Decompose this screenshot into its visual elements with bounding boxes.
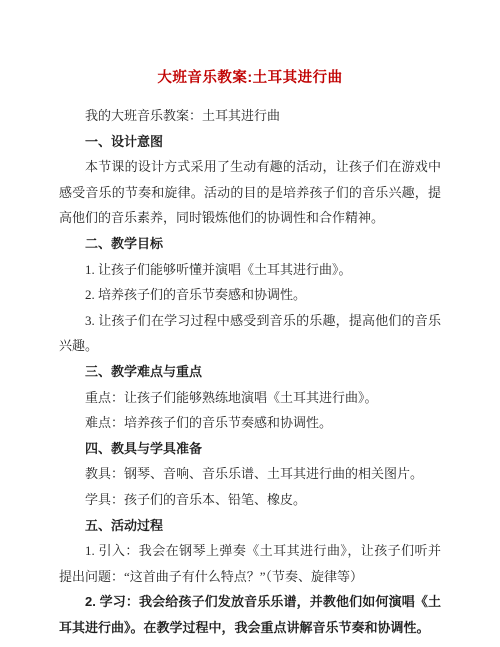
para-step-2-learning: 2. 学习：我会给孩子们发放音乐乐谱，并教他们如何演唱《土耳其进行曲》。在教学过… [59, 589, 441, 640]
para-focus-point: 重点：让孩子们能够熟练地演唱《土耳其进行曲》。 [59, 385, 441, 411]
para-teaching-aids: 教具：钢琴、音响、音乐乐谱、土耳其进行曲的相关图片。 [59, 461, 441, 487]
para-step-1-intro: 1. 引入：我会在钢琴上弹奏《土耳其进行曲》，让孩子们听并提出问题：“这首曲子有… [59, 538, 441, 589]
heading-materials: 四、教具与学具准备 [59, 436, 441, 462]
document-page: 大班音乐教案:土耳其进行曲 我的大班音乐教案：土耳其进行曲 一、设计意图 本节课… [0, 0, 500, 647]
list-item-goal-2: 2. 培养孩子们的音乐节奏感和协调性。 [59, 282, 441, 308]
para-difficulty-point: 难点：培养孩子们的音乐节奏感和协调性。 [59, 410, 441, 436]
doc-subtitle: 我的大班音乐教案：土耳其进行曲 [59, 103, 441, 129]
heading-teaching-goals: 二、教学目标 [59, 231, 441, 257]
para-learning-aids: 学具：孩子们的音乐本、铅笔、橡皮。 [59, 487, 441, 513]
page-title: 大班音乐教案:土耳其进行曲 [59, 66, 441, 87]
heading-design-intent: 一、设计意图 [59, 129, 441, 155]
heading-difficulty-focus: 三、教学难点与重点 [59, 359, 441, 385]
list-item-goal-1: 1. 让孩子们能够听懂并演唱《土耳其进行曲》。 [59, 257, 441, 283]
document-body: 我的大班音乐教案：土耳其进行曲 一、设计意图 本节课的设计方式采用了生动有趣的活… [59, 103, 441, 640]
list-item-goal-3: 3. 让孩子们在学习过程中感受到音乐的乐趣，提高他们的音乐兴趣。 [59, 308, 441, 359]
heading-activity-process: 五、活动过程 [59, 513, 441, 539]
para-design-intent: 本节课的设计方式采用了生动有趣的活动，让孩子们在游戏中感受音乐的节奏和旋律。活动… [59, 154, 441, 231]
